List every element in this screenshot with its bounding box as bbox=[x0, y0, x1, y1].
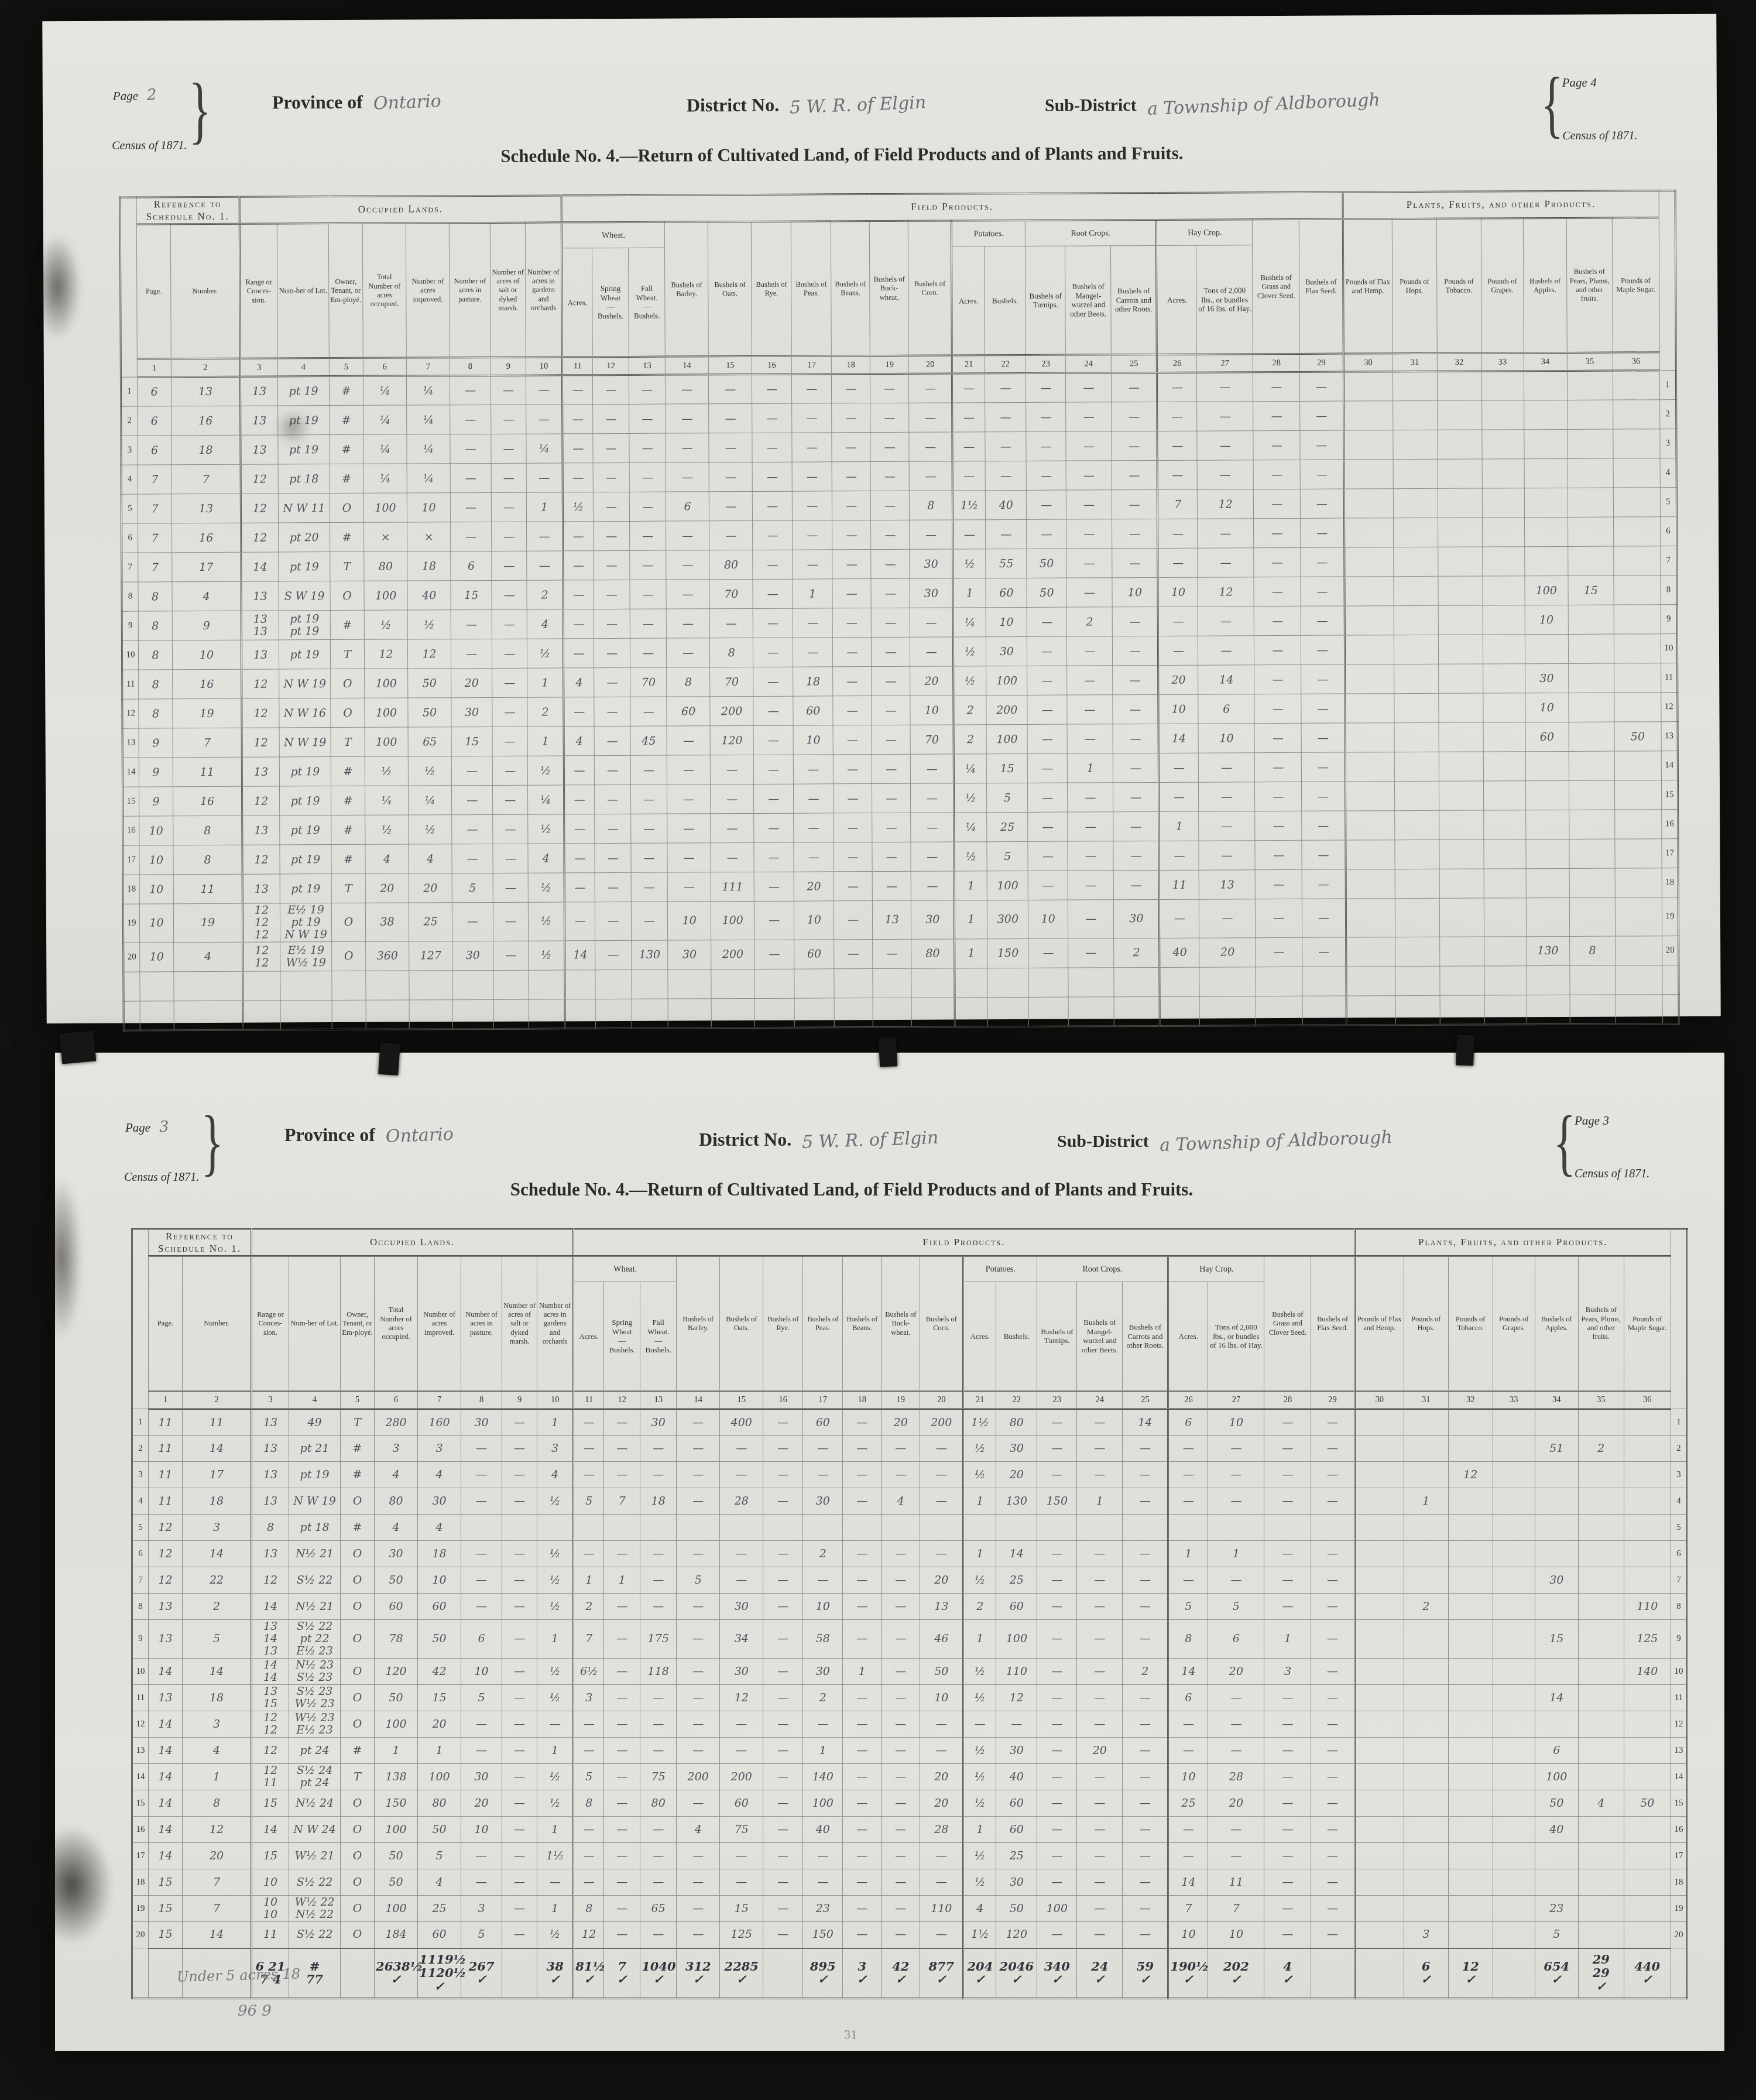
cell bbox=[1077, 1515, 1123, 1541]
cell: ½ bbox=[528, 873, 564, 902]
cell: 17 bbox=[183, 1462, 252, 1488]
col-number: 31 bbox=[1404, 1391, 1448, 1409]
cell: 6 bbox=[138, 436, 172, 465]
cell: ½ bbox=[537, 1594, 574, 1620]
col-number: 14 bbox=[677, 1391, 720, 1409]
cell: 8 bbox=[910, 491, 953, 520]
cell: — bbox=[1264, 1488, 1311, 1515]
handwritten-province: Ontario bbox=[373, 91, 441, 114]
cell bbox=[1483, 810, 1525, 840]
table-row: 1414112 11S½ 24 pt 24T13810030—½5—752002… bbox=[132, 1764, 1688, 1790]
cell: — bbox=[593, 492, 629, 522]
cell: — bbox=[763, 1594, 803, 1620]
cell: — bbox=[832, 579, 871, 608]
group-header-field-products: Field Products. bbox=[574, 1229, 1354, 1256]
cell: 12 bbox=[242, 669, 279, 698]
totals-cell bbox=[1311, 1948, 1354, 1999]
cell: — bbox=[1264, 1567, 1311, 1594]
col-header-turnips: Bushels of Turnips. bbox=[1037, 1282, 1077, 1391]
cell bbox=[1524, 488, 1568, 518]
cell: 15 bbox=[1568, 576, 1614, 605]
col-header-buckwheat: Bushels of Buck-wheat. bbox=[870, 221, 909, 356]
cell bbox=[565, 999, 595, 1029]
cell: S½ 23 W½ 23 bbox=[289, 1685, 341, 1711]
cell: 3 bbox=[1404, 1922, 1448, 1948]
cell: — bbox=[792, 433, 832, 462]
cell: 1 bbox=[1159, 812, 1199, 841]
cell: — bbox=[953, 520, 986, 549]
cell: 50 bbox=[1535, 1790, 1578, 1817]
cell: — bbox=[1113, 666, 1158, 695]
page-number-left: Page 3 bbox=[125, 1118, 169, 1136]
row-number bbox=[1662, 965, 1679, 995]
cell bbox=[1354, 1790, 1404, 1817]
cell: — bbox=[832, 462, 870, 491]
cell: — bbox=[870, 403, 909, 433]
cell: — bbox=[630, 492, 666, 522]
cell bbox=[1448, 1869, 1493, 1896]
cell: 2 bbox=[1114, 938, 1160, 968]
cell bbox=[1393, 460, 1438, 489]
cell: — bbox=[832, 403, 870, 433]
cell: — bbox=[564, 814, 595, 844]
cell: — bbox=[1157, 402, 1197, 431]
cell: — bbox=[1112, 461, 1157, 490]
cell: 30 bbox=[803, 1488, 843, 1515]
cell: — bbox=[631, 873, 667, 902]
cell: — bbox=[872, 784, 911, 813]
cell bbox=[1624, 1541, 1671, 1567]
row-number: 9 bbox=[1671, 1620, 1687, 1659]
cell: 10 bbox=[920, 1685, 963, 1711]
cell: ½ bbox=[527, 639, 564, 668]
cell bbox=[1439, 722, 1483, 752]
cell: — bbox=[450, 434, 491, 464]
cell: — bbox=[502, 1659, 537, 1685]
row-number: 12 bbox=[122, 700, 139, 729]
cell bbox=[834, 998, 873, 1027]
row-number: 17 bbox=[1671, 1843, 1687, 1869]
row-number: 7 bbox=[1671, 1567, 1687, 1594]
cell: — bbox=[563, 522, 594, 551]
row-number: 14 bbox=[122, 758, 139, 787]
cell: — bbox=[630, 522, 666, 551]
cell: — bbox=[450, 405, 491, 434]
province-line: Province ofOntario bbox=[272, 91, 441, 113]
cell bbox=[1578, 1711, 1624, 1738]
cell bbox=[1525, 781, 1569, 810]
cell: 60 bbox=[996, 1790, 1037, 1817]
group-header-plants-fruits: Plants, Fruits, and other Products. bbox=[1343, 191, 1659, 220]
cell bbox=[1569, 869, 1615, 898]
cell: — bbox=[677, 1436, 720, 1462]
cell: — bbox=[451, 756, 492, 786]
cell: — bbox=[832, 491, 871, 520]
row-number: 19 bbox=[123, 905, 139, 943]
cell: — bbox=[1068, 841, 1113, 871]
col-header-flax-seed: Bushels of Flax Seed. bbox=[1311, 1256, 1354, 1391]
cell: — bbox=[1113, 695, 1158, 724]
cell: O bbox=[341, 1541, 375, 1567]
cell: 12 bbox=[720, 1685, 763, 1711]
cell: — bbox=[604, 1620, 640, 1659]
totals-cell bbox=[341, 1948, 375, 1999]
cell: — bbox=[843, 1462, 882, 1488]
cell bbox=[1404, 1567, 1448, 1594]
cell: 1 bbox=[537, 1817, 574, 1843]
cell: 150 bbox=[375, 1790, 418, 1817]
cell bbox=[1578, 1515, 1624, 1541]
cell bbox=[1493, 1843, 1535, 1869]
cell: 8 bbox=[667, 667, 710, 697]
cell bbox=[1624, 1462, 1671, 1488]
cell: — bbox=[677, 1409, 720, 1436]
cell bbox=[1395, 869, 1439, 899]
cell: 20 bbox=[451, 669, 492, 698]
cell: — bbox=[1199, 782, 1255, 811]
cell: 200 bbox=[986, 696, 1027, 725]
cell: — bbox=[871, 491, 910, 520]
totals-cell: 4 ✓ bbox=[1264, 1948, 1311, 1999]
col-header-maple-sugar: Pounds of Maple Sugar. bbox=[1624, 1256, 1671, 1391]
cell: ½ bbox=[563, 492, 593, 522]
cell: — bbox=[1199, 841, 1255, 870]
table-row: 1514815N½ 24O1508020—½8—80—60—100——20½60… bbox=[132, 1790, 1688, 1817]
province-line: Province ofOntario bbox=[284, 1124, 454, 1146]
col-header-potatoes-bushels: Bushels. bbox=[996, 1282, 1037, 1391]
cell: — bbox=[763, 1620, 803, 1659]
cell: — bbox=[1159, 753, 1199, 783]
cell: ½ bbox=[963, 1462, 996, 1488]
cell: 100 bbox=[1525, 576, 1568, 605]
row-number: 13 bbox=[132, 1738, 149, 1764]
subgroup-header-wheat: Wheat. bbox=[561, 222, 664, 249]
cell bbox=[1483, 752, 1525, 781]
cell: — bbox=[1112, 373, 1157, 402]
cell: 2 bbox=[527, 580, 563, 609]
cell bbox=[1439, 810, 1483, 840]
row-number: 14 bbox=[132, 1764, 149, 1790]
cell: — bbox=[502, 1488, 537, 1515]
cell bbox=[1346, 869, 1395, 899]
cell: — bbox=[629, 375, 666, 405]
cell: — bbox=[502, 1541, 537, 1567]
cell bbox=[537, 1515, 574, 1541]
totals-cell bbox=[763, 1948, 803, 1999]
cell: — bbox=[604, 1922, 640, 1948]
cell bbox=[955, 998, 987, 1027]
cell bbox=[1535, 1515, 1578, 1541]
cell bbox=[1484, 840, 1526, 869]
cell bbox=[1068, 997, 1114, 1026]
cell: — bbox=[1028, 783, 1068, 813]
cell: — bbox=[870, 433, 909, 462]
cell: 65 bbox=[640, 1896, 677, 1922]
totals-cell: 190½ ✓ bbox=[1168, 1948, 1208, 1999]
cell: 9 bbox=[139, 728, 173, 758]
cell: 14 bbox=[1158, 724, 1198, 753]
cell: — bbox=[677, 1620, 720, 1659]
cell: — bbox=[1198, 607, 1254, 636]
col-number: 18 bbox=[832, 356, 870, 374]
cell: 15 bbox=[451, 581, 492, 610]
cell: — bbox=[952, 461, 985, 491]
row-number: 20 bbox=[1671, 1922, 1687, 1948]
cell: — bbox=[593, 434, 629, 463]
col-number: 13 bbox=[629, 357, 665, 375]
cell: — bbox=[640, 1922, 677, 1948]
cell: — bbox=[872, 872, 911, 901]
cell: — bbox=[1208, 1462, 1264, 1488]
cell: — bbox=[492, 551, 527, 581]
cell: — bbox=[1199, 811, 1255, 841]
cell: — bbox=[630, 639, 667, 668]
row-number: 2 bbox=[1659, 400, 1676, 429]
cell: — bbox=[666, 463, 709, 492]
cell: 45 bbox=[630, 727, 667, 756]
cell: — bbox=[794, 813, 834, 842]
cell: — bbox=[604, 1462, 640, 1488]
cell: 30 bbox=[720, 1594, 763, 1620]
cell: 15 bbox=[252, 1843, 289, 1869]
cell bbox=[1527, 995, 1570, 1025]
cell: 46 bbox=[920, 1620, 963, 1659]
cell: pt 19 bbox=[280, 816, 331, 845]
cell: 100 bbox=[365, 669, 408, 698]
cell: — bbox=[1197, 431, 1253, 460]
cell bbox=[1346, 840, 1395, 869]
cell: 1 bbox=[604, 1567, 640, 1594]
cell bbox=[174, 1001, 243, 1030]
cell: 8 bbox=[574, 1896, 604, 1922]
cell: 11 bbox=[1160, 871, 1199, 900]
cell: 1 bbox=[1168, 1541, 1208, 1567]
cell: — bbox=[1159, 841, 1199, 871]
cell: — bbox=[871, 550, 910, 579]
col-number: 27 bbox=[1208, 1391, 1264, 1409]
cell: O bbox=[341, 1659, 375, 1685]
cell: pt 19 bbox=[280, 845, 331, 874]
cell: 6 bbox=[1168, 1685, 1208, 1711]
cell: — bbox=[1254, 489, 1301, 519]
group-header-occupied-lands: Occupied Lands. bbox=[252, 1229, 574, 1256]
cell: 13 bbox=[252, 1409, 289, 1436]
cell: — bbox=[834, 940, 873, 969]
cell: — bbox=[985, 403, 1026, 432]
cell: — bbox=[882, 1869, 920, 1896]
cell: — bbox=[1066, 461, 1112, 490]
row-number: 1 bbox=[132, 1409, 149, 1436]
cell: 40 bbox=[1535, 1817, 1578, 1843]
cell: 10 bbox=[1112, 578, 1158, 607]
cell: — bbox=[451, 639, 492, 669]
cell: 4 bbox=[1578, 1790, 1624, 1817]
row-number: 12 bbox=[132, 1711, 149, 1738]
cell: — bbox=[1112, 490, 1158, 519]
cell bbox=[911, 998, 955, 1027]
col-number: 1 bbox=[149, 1391, 183, 1409]
cell bbox=[1346, 967, 1395, 996]
col-header-salt-marsh: Number of acres of salt or dyked marsh. bbox=[502, 1256, 537, 1391]
cell: — bbox=[1077, 1711, 1123, 1738]
cell: # bbox=[330, 611, 364, 640]
cell: — bbox=[1077, 1922, 1123, 1948]
cell bbox=[1578, 1541, 1624, 1567]
cell: 4 bbox=[418, 1462, 461, 1488]
cell: — bbox=[1264, 1436, 1311, 1462]
cell: pt 19 bbox=[289, 1462, 341, 1488]
cell bbox=[1525, 810, 1569, 840]
totals-cell: 1119½ 1120½ ✓ bbox=[418, 1948, 461, 1999]
cell: ½ bbox=[528, 902, 564, 941]
row-number: 15 bbox=[1661, 780, 1678, 810]
page-header: Page 3 Census of 1871. } Province ofOnta… bbox=[55, 1053, 1724, 1228]
cell bbox=[1395, 937, 1439, 966]
cell: — bbox=[502, 1567, 537, 1594]
cell: — bbox=[753, 521, 793, 550]
cell: — bbox=[564, 785, 595, 814]
cell: O bbox=[331, 698, 365, 728]
col-header-lot: Num-ber of Lot. bbox=[289, 1256, 341, 1391]
cell: — bbox=[493, 903, 528, 941]
cell: — bbox=[1037, 1685, 1077, 1711]
cell bbox=[1439, 937, 1484, 966]
row-number: 3 bbox=[1660, 429, 1676, 458]
cell bbox=[1394, 635, 1438, 664]
col-header-rye: Bushels of Rye. bbox=[763, 1256, 803, 1391]
cell: — bbox=[910, 520, 953, 549]
cell: 7 bbox=[172, 465, 241, 495]
cell bbox=[1344, 518, 1393, 547]
cell: — bbox=[502, 1711, 537, 1738]
row-number: 4 bbox=[121, 465, 138, 495]
col-number: 32 bbox=[1448, 1391, 1493, 1409]
cell: — bbox=[711, 843, 754, 872]
cell bbox=[1404, 1843, 1448, 1869]
cell bbox=[243, 1001, 280, 1030]
cell: 6 bbox=[138, 406, 172, 436]
cell: — bbox=[1311, 1764, 1354, 1790]
cell bbox=[1448, 1685, 1493, 1711]
cell bbox=[987, 968, 1028, 998]
cell: — bbox=[502, 1462, 537, 1488]
row-number: 6 bbox=[1671, 1541, 1687, 1567]
cell: — bbox=[1302, 841, 1345, 870]
cell: O bbox=[341, 1488, 375, 1515]
tape-mark bbox=[879, 1037, 898, 1067]
cell bbox=[1343, 401, 1393, 430]
cell bbox=[754, 998, 794, 1027]
cell: O bbox=[341, 1685, 375, 1711]
totals-cell: 2046 ✓ bbox=[996, 1948, 1037, 1999]
totals-cell: 3 ✓ bbox=[843, 1948, 882, 1999]
row-number: 18 bbox=[1671, 1869, 1687, 1896]
cell: ½ bbox=[365, 757, 408, 786]
cell bbox=[1448, 1594, 1493, 1620]
col-number: 30 bbox=[1343, 354, 1393, 372]
table-row: 1915710 10W½ 22 N½ 22O100253—18—65—15—23… bbox=[132, 1896, 1688, 1922]
row-number: 8 bbox=[1661, 575, 1677, 605]
cell: O bbox=[341, 1620, 375, 1659]
table-row: 17142015W½ 21O505——1½——————————½25——————… bbox=[132, 1843, 1688, 1869]
cell: — bbox=[574, 1817, 604, 1843]
cell: 14 14 bbox=[252, 1659, 289, 1685]
cell: ¼ bbox=[363, 464, 407, 494]
cell bbox=[1535, 1843, 1578, 1869]
totals-cell: 2638½ ✓ bbox=[375, 1948, 418, 1999]
cell: — bbox=[763, 1567, 803, 1594]
cell bbox=[1493, 1594, 1535, 1620]
cell: — bbox=[631, 814, 667, 844]
row-number: 8 bbox=[1671, 1594, 1687, 1620]
cell: 10 bbox=[1198, 724, 1254, 753]
col-number: 5 bbox=[341, 1391, 375, 1409]
cell: — bbox=[834, 872, 872, 901]
col-number: 33 bbox=[1493, 1391, 1535, 1409]
cell bbox=[1483, 722, 1525, 752]
row-number: 5 bbox=[121, 495, 138, 524]
cell: — bbox=[1067, 666, 1113, 695]
cell: — bbox=[843, 1594, 882, 1620]
cell: — bbox=[667, 814, 711, 843]
cell: 1 bbox=[537, 1409, 574, 1436]
row-number: 3 bbox=[132, 1462, 149, 1488]
row-number: 11 bbox=[1671, 1685, 1687, 1711]
handwritten-page-number: 2 bbox=[147, 86, 157, 104]
cell: 8 bbox=[138, 611, 172, 640]
col-header-fall-wheat: Fall Wheat. — Bushels. bbox=[629, 248, 666, 357]
cell: — bbox=[1158, 636, 1198, 666]
cell: — bbox=[452, 903, 493, 941]
cell: 7 bbox=[574, 1620, 604, 1659]
cell: — bbox=[640, 1462, 677, 1488]
cell: 14 bbox=[996, 1541, 1037, 1567]
cell: — bbox=[1027, 608, 1067, 637]
col-number: 30 bbox=[1354, 1391, 1404, 1409]
cell: — bbox=[1302, 782, 1345, 811]
cell bbox=[1438, 664, 1483, 693]
cell: 13 bbox=[149, 1620, 183, 1659]
cell: ½ bbox=[963, 1790, 996, 1817]
cell: — bbox=[882, 1790, 920, 1817]
cell: 2 bbox=[1404, 1594, 1448, 1620]
cell bbox=[1525, 752, 1569, 781]
cell: 127 bbox=[409, 941, 452, 971]
cell: 15 bbox=[149, 1922, 183, 1948]
cell bbox=[1624, 1869, 1671, 1896]
cell: 30 bbox=[461, 1764, 502, 1790]
cell: ½ bbox=[954, 783, 987, 813]
cell: 1 bbox=[793, 579, 832, 608]
cell: — bbox=[1158, 519, 1198, 549]
cell bbox=[1199, 967, 1256, 996]
cell: — bbox=[666, 521, 709, 550]
cell: — bbox=[630, 551, 666, 580]
cell: — bbox=[882, 1462, 920, 1488]
totals-cell: 267 ✓ bbox=[461, 1948, 502, 1999]
cell: 60 bbox=[996, 1594, 1037, 1620]
cell bbox=[1439, 869, 1484, 898]
totals-cell: 877 ✓ bbox=[920, 1948, 963, 1999]
cell: — bbox=[450, 493, 491, 522]
cell: 5 bbox=[1208, 1594, 1264, 1620]
cell: — bbox=[595, 873, 631, 902]
cell: 10 bbox=[794, 901, 834, 940]
cell: — bbox=[502, 1843, 537, 1869]
cell: — bbox=[1264, 1764, 1311, 1790]
cell: — bbox=[604, 1896, 640, 1922]
cell: 10 bbox=[668, 902, 711, 940]
